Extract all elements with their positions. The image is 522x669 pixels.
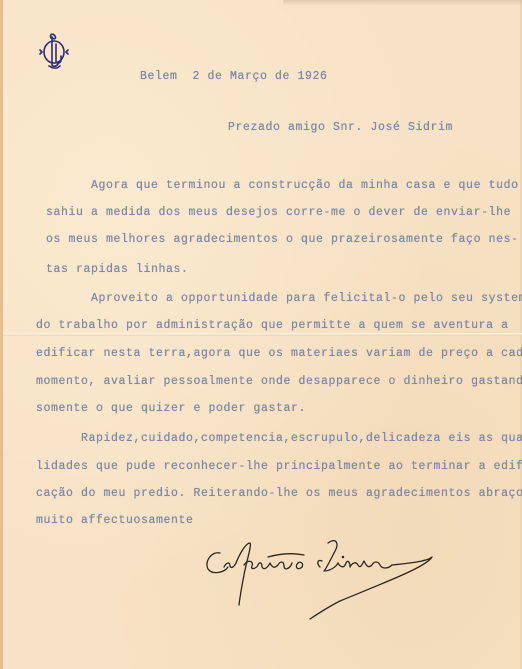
body-line: Agora que terminou a construcção da minh… <box>46 179 519 193</box>
body-line: do trabalho por administração que permit… <box>36 319 509 333</box>
signature: Orlando Lima <box>198 533 458 623</box>
letter-salutation: Prezado amigo Snr. José Sidrim <box>228 121 453 135</box>
body-line: Rapidez,cuidado,competencia,escrupulo,de… <box>36 432 522 446</box>
body-line: cação do meu predio. Reiterando-lhe os m… <box>36 487 522 501</box>
body-line: somente o que quizer e poder gastar. <box>36 402 306 416</box>
body-line: sahiu a medida dos meus desejos corre-me… <box>46 206 511 220</box>
body-line: Aproveito a opportunidade para felicital… <box>46 292 522 306</box>
body-line: lidades que pude reconhecer-lhe principa… <box>36 460 522 474</box>
body-line: os meus melhores agradecimentos o que pr… <box>46 233 519 247</box>
letter-date: Belem 2 de Março de 1926 <box>140 70 328 84</box>
paper-edge <box>283 0 522 6</box>
body-line: tas rapidas linhas. <box>46 263 189 277</box>
monogram-icon <box>39 30 69 72</box>
body-line: momento, avaliar pessoalmente onde desap… <box>36 375 522 389</box>
body-line: edificar nesta terra,agora que os materi… <box>36 347 522 361</box>
paper-fold <box>3 333 522 336</box>
letter-page: Belem 2 de Março de 1926 Prezado amigo S… <box>0 0 522 669</box>
body-line: muito affectuosamente <box>36 514 194 528</box>
